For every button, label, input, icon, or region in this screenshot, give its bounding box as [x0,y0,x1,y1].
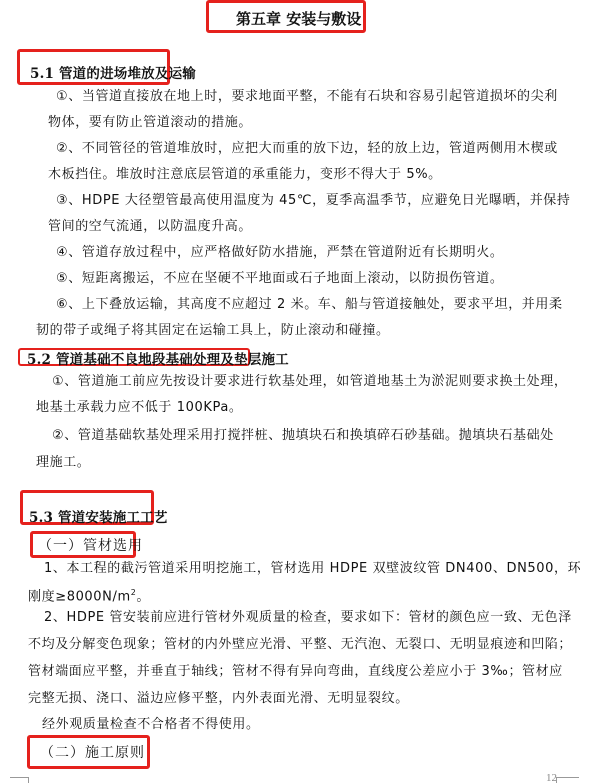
stiffness-text: 刚度≥8000N/m [28,589,131,604]
paragraph-line: 完整无损、浇口、溢边应修平整，内外表面光滑、无明显裂纹。 [28,690,409,708]
page-corner-mark-left [10,777,29,783]
paragraph-line: ②、不同管径的管道堆放时，应把大而重的放下边，轻的放上边，管道两侧用木楔或 [56,140,558,158]
paragraph-line: ⑤、短距离搬运，不应在坚硬不平地面或石子地面上滚动，以防损伤管道。 [56,270,503,288]
section-5-1-heading: 5.1 管道的进场堆放及运输 [30,62,196,82]
paragraph-line: 理施工。 [36,454,90,472]
paragraph-line: 经外观质量检查不合格者不得使用。 [42,716,260,734]
paragraph-line: ②、管道基础软基处理采用打搅拌桩、抛填块石和换填碎石砂基础。抛填块石基础处 [52,427,554,445]
paragraph-line: 管材端面应平整，并垂直于轴线；管材不得有异向弯曲，直线度公差应小于 3‰；管材应 [28,663,563,681]
subsection-1-heading: （一）管材选用 [38,535,143,555]
paragraph-line: 地基土承载力应不低于 100KPa。 [36,399,243,417]
paragraph-line: ④、管道存放过程中，应严格做好防水措施，严禁在管道附近有长期明火。 [56,244,503,262]
section-5-3-heading: 5.3 管道安装施工工艺 [29,506,168,526]
paragraph-line: ①、当管道直接放在地上时，要求地面平整，不能有石块和容易引起管道损坏的尖利 [56,88,558,106]
paragraph-line: ①、管道施工前应先按设计要求进行软基处理，如管道地基土为淤泥则要求换土处理， [52,373,567,391]
paragraph-line: 刚度≥8000N/m2。 [28,584,150,606]
stiffness-suffix: 。 [136,589,150,604]
page-corner-mark-right [556,777,579,783]
paragraph-line: ③、HDPE 大径塑管最高使用温度为 45℃，夏季高温季节，应避免日光曝晒，并保… [56,192,571,210]
section-5-2-heading: 5.2 管道基础不良地段基础处理及垫层施工 [27,348,289,368]
paragraph-line: 1、本工程的截污管道采用明挖施工，管材选用 HDPE 双壁波纹管 DN400、D… [44,560,581,578]
paragraph-line: 木板挡住。堆放时注意底层管道的承重能力，变形不得大于 5%。 [48,166,442,184]
paragraph-line: 韧的带子或绳子将其固定在运输工具上，防止滚动和碰撞。 [36,322,390,340]
paragraph-line: ⑥、上下叠放运输，其高度不应超过 2 米。车、船与管道接触处，要求平坦，并用柔 [56,296,563,314]
paragraph-line: 不均及分解变色现象；管材的内外壁应光滑、平整、无汽泡、无裂口、无明显痕迹和凹陷； [28,636,572,654]
chapter-title: 第五章 安装与敷设 [236,8,361,29]
subsection-2-heading: （二）施工原则 [40,742,145,762]
paragraph-line: 2、HDPE 管安装前应进行管材外观质量的检查，要求如下：管材的颜色应一致、无色… [44,609,572,627]
paragraph-line: 物体，要有防止管道滚动的措施。 [48,114,252,132]
paragraph-line: 管间的空气流通，以防温度升高。 [48,218,252,236]
